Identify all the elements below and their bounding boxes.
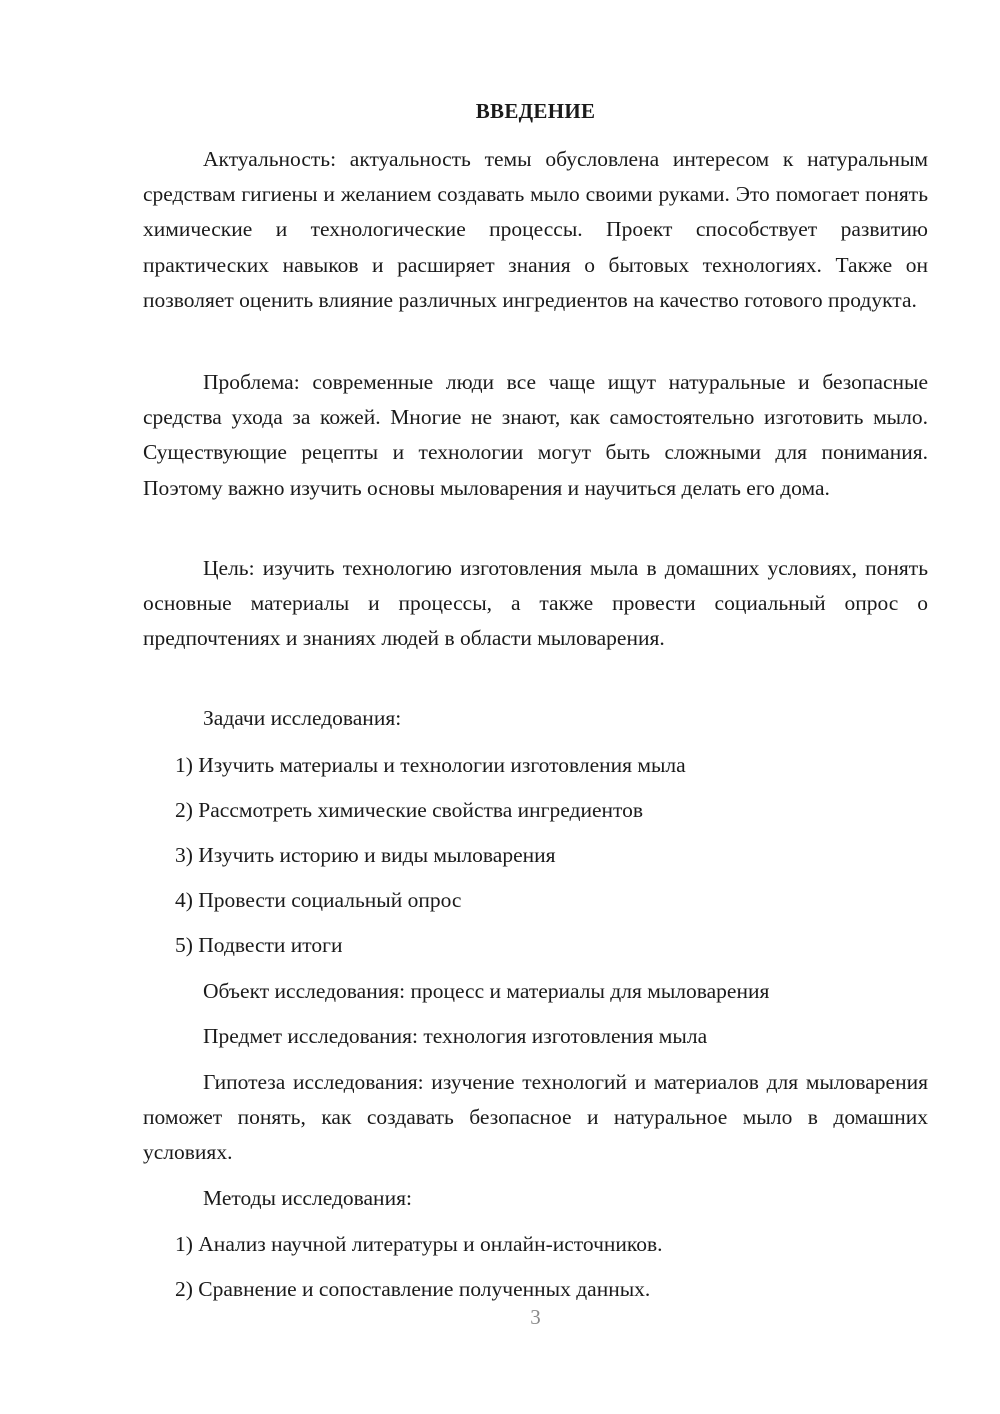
task-item: 4) Провести социальный опрос — [175, 883, 461, 918]
problem-paragraph: Проблема: современные люди все чаще ищут… — [143, 365, 928, 506]
goal-paragraph: Цель: изучить технологию изготовления мы… — [143, 551, 928, 657]
research-object: Объект исследования: процесс и материалы… — [203, 974, 769, 1009]
task-item: 3) Изучить историю и виды мыловарения — [175, 838, 556, 873]
page-number: 3 — [143, 1305, 928, 1330]
research-subject: Предмет исследования: технология изготов… — [203, 1019, 707, 1054]
method-item: 1) Анализ научной литературы и онлайн-ис… — [175, 1227, 663, 1262]
task-item: 1) Изучить материалы и технологии изгото… — [175, 748, 686, 783]
tasks-label: Задачи исследования: — [203, 701, 401, 736]
methods-label: Методы исследования: — [203, 1181, 412, 1216]
task-item: 2) Рассмотреть химические свойства ингре… — [175, 793, 643, 828]
hypothesis-paragraph: Гипотеза исследования: изучение технолог… — [143, 1065, 928, 1171]
method-item: 2) Сравнение и сопоставление полученных … — [175, 1272, 650, 1307]
relevance-paragraph: Актуальность: актуальность темы обусловл… — [143, 142, 928, 318]
section-heading: ВВЕДЕНИЕ — [143, 97, 928, 125]
task-item: 5) Подвести итоги — [175, 928, 343, 963]
